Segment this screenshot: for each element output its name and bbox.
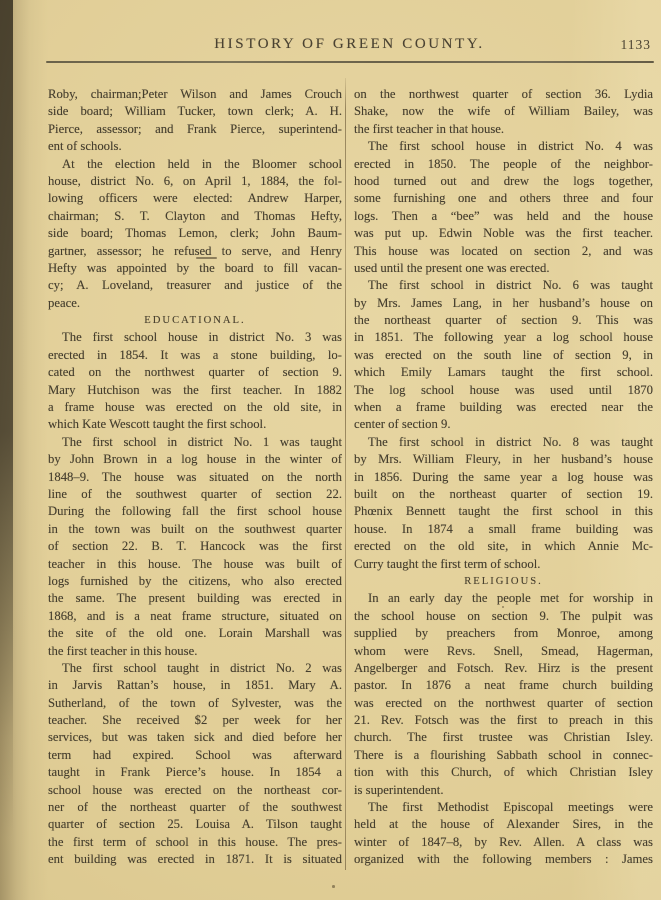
- text-line: by Mrs. James Lang, in her husband’s hou…: [354, 295, 653, 312]
- text-line: taught in Frank Pierce’s house. In 1854 …: [48, 764, 342, 781]
- binding-edge-shadow: [0, 0, 13, 900]
- text-line: This house was located on section 2, and…: [354, 243, 653, 260]
- text-line: a frame house was erected on the old sit…: [48, 399, 342, 416]
- text-line: erected in 1854. It was a stone building…: [48, 347, 342, 364]
- text-line: the first teacher in that house.: [354, 121, 653, 138]
- text-line: used until the present one was erected.: [354, 260, 653, 277]
- text-line: the first teacher in this house.: [48, 643, 342, 660]
- text-line: peace.: [48, 295, 342, 312]
- text-line: is superintendent.: [354, 782, 653, 799]
- text-line: cy; A. Loveland, treasurer and justice o…: [48, 277, 342, 294]
- text-line: in Jarvis Rattan’s house, in 1851. Mary …: [48, 677, 342, 694]
- page-header: HISTORY OF GREEN COUNTY. 1133: [46, 35, 653, 55]
- text-line: logs furnished by the citizens, who also…: [48, 573, 342, 590]
- text-line: pastor. In 1876 a neat frame church buil…: [354, 677, 653, 694]
- text-line: center of section 9.: [354, 416, 653, 433]
- text-line: by John Brown in a log house in the wint…: [48, 451, 342, 468]
- text-line: side board; Thomas Lemon, clerk; John Ba…: [48, 225, 342, 242]
- text-line: of section 22. B. T. Hancock was the fir…: [48, 538, 342, 555]
- text-line: 1848–9. The house was situated on the no…: [48, 469, 342, 486]
- text-line: the same. The present building was erect…: [48, 590, 342, 607]
- text-line: At the election held in the Bloomer scho…: [48, 156, 342, 173]
- text-line: The log school house was used until 1870: [354, 382, 653, 399]
- text-line: Roby, chairman;Peter Wilson and James Cr…: [48, 86, 342, 103]
- text-line: built on the northeast quarter of sectio…: [354, 486, 653, 503]
- text-line: which Emily Lamars taught the first scho…: [354, 364, 653, 381]
- text-line: lowing officers were elected: Andrew Har…: [48, 190, 342, 207]
- text-line: Shake, now the wife of William Bailey, w…: [354, 103, 653, 120]
- text-line: Angelberger and Fotsch. Rev. Hirz is the…: [354, 660, 653, 677]
- text-line: tion with this Church, of which Christia…: [354, 764, 653, 781]
- right-column: on the northwest quarter of section 36. …: [354, 86, 653, 869]
- text-line: The first school in district No. 8 was t…: [354, 434, 653, 451]
- text-line: school house was erected on the northeas…: [48, 782, 342, 799]
- text-line: the school house on section 9. The pulpi…: [354, 608, 653, 625]
- text-line: was put up. Edwin Noble was the first te…: [354, 225, 653, 242]
- text-line: erected in 1850. The people of the neigh…: [354, 156, 653, 173]
- text-line: the northeast quarter of section 9. This…: [354, 312, 653, 329]
- text-line: The first Methodist Episcopal meetings w…: [354, 799, 653, 816]
- scan-artifact: [332, 885, 335, 888]
- text-line: whom were Revs. Snell, Smead, Hagerman,: [354, 643, 653, 660]
- text-line: teacher. She received $2 per week for he…: [48, 712, 342, 729]
- text-line: line of the southwest quarter of section…: [48, 486, 342, 503]
- text-line: was erected on the northwest quarter of …: [354, 695, 653, 712]
- text-line: The first school house in district No. 4…: [354, 138, 653, 155]
- text-line: in 1851. The following year a log school…: [354, 329, 653, 346]
- text-line: teacher in this house. The house was bui…: [48, 556, 342, 573]
- section-heading: RELIGIOUS.: [354, 573, 653, 590]
- left-column: Roby, chairman;Peter Wilson and James Cr…: [48, 86, 342, 869]
- text-line: logs. Then a “bee” was held and the hous…: [354, 208, 653, 225]
- column-divider: [345, 78, 346, 870]
- text-line: the first term of school in this house. …: [48, 834, 342, 851]
- text-line: ner of the northeast quarter of the sout…: [48, 799, 342, 816]
- text-line: chairman; S. T. Clayton and Thomas Hefty…: [48, 208, 342, 225]
- text-line: There is a flourishing Sabbath school in…: [354, 747, 653, 764]
- text-line: During the following fall the first scho…: [48, 503, 342, 520]
- text-line: supplied by preachers from Monroe, among: [354, 625, 653, 642]
- text-line: quarter of section 25. Louisa A. Tilson …: [48, 816, 342, 833]
- text-line: In an early day the people met for worsh…: [354, 590, 653, 607]
- text-line: Phœnix Bennett taught the first school i…: [354, 503, 653, 520]
- text-line: by Mrs. William Fleury, in her husband’s…: [354, 451, 653, 468]
- page-title: HISTORY OF GREEN COUNTY.: [214, 36, 484, 52]
- text-line: Pierce, assessor; and Frank Pierce, supe…: [48, 121, 342, 138]
- text-line: ent building was erected in 1871. It is …: [48, 851, 342, 868]
- text-line: organized with the following members : J…: [354, 851, 653, 868]
- header-rule: [46, 61, 654, 63]
- text-line: house. In 1874 a small frame building wa…: [354, 521, 653, 538]
- section-heading: EDUCATIONAL.: [48, 312, 342, 329]
- text-line: in 1856. During the same year a log hous…: [354, 469, 653, 486]
- text-line: the site of the old one. Lorain Marshall…: [48, 625, 342, 642]
- book-page: HISTORY OF GREEN COUNTY. 1133 Roby, chai…: [0, 0, 661, 900]
- text-line: Hefty was appointed by the board to fill…: [48, 260, 342, 277]
- text-line: term had expired. School was afterward: [48, 747, 342, 764]
- text-line: 1868, and is a neat frame structure, sit…: [48, 608, 342, 625]
- text-line: ent of schools.: [48, 138, 342, 155]
- text-line: The first school in district No. 1 was t…: [48, 434, 342, 451]
- text-line: erected on the old site, in which Annie …: [354, 538, 653, 555]
- text-line: on the northwest quarter of section 36. …: [354, 86, 653, 103]
- text-line: services, but was taken sick and died be…: [48, 729, 342, 746]
- text-line: hood turned out and drew the logs togeth…: [354, 173, 653, 190]
- text-line: house, district No. 6, on April 1, 1884,…: [48, 173, 342, 190]
- text-line: cated on the northwest quarter of sectio…: [48, 364, 342, 381]
- text-line: gartner, assessor; he refused to serve, …: [48, 243, 342, 260]
- text-line: when a frame building was erected near t…: [354, 399, 653, 416]
- text-line: was erected on the south line of section…: [354, 347, 653, 364]
- text-line: The first school house in district No. 3…: [48, 329, 342, 346]
- text-line: some furnishing one and others three and…: [354, 190, 653, 207]
- text-line: The first school in district No. 6 was t…: [354, 277, 653, 294]
- text-line: Mary Hutchison was the first teacher. In…: [48, 382, 342, 399]
- text-line: 21. Rev. Fotsch was the first to preach …: [354, 712, 653, 729]
- page-number: 1133: [621, 37, 652, 53]
- binding-shadow: [0, 0, 48, 900]
- text-line: church. The first trustee was Christian …: [354, 729, 653, 746]
- text-line: in the town was built on the southwest q…: [48, 521, 342, 538]
- text-line: which Kate Wescott taught the first scho…: [48, 416, 342, 433]
- text-line: held at the house of Alexander Sires, in…: [354, 816, 653, 833]
- text-line: winter of 1847–8, by Rev. Allen. A class…: [354, 834, 653, 851]
- text-line: side board; William Tucker, town clerk; …: [48, 103, 342, 120]
- text-line: Curry taught the first term of school.: [354, 556, 653, 573]
- text-line: The first school taught in district No. …: [48, 660, 342, 677]
- text-line: Sutherland, of the town of Sylvester, wa…: [48, 695, 342, 712]
